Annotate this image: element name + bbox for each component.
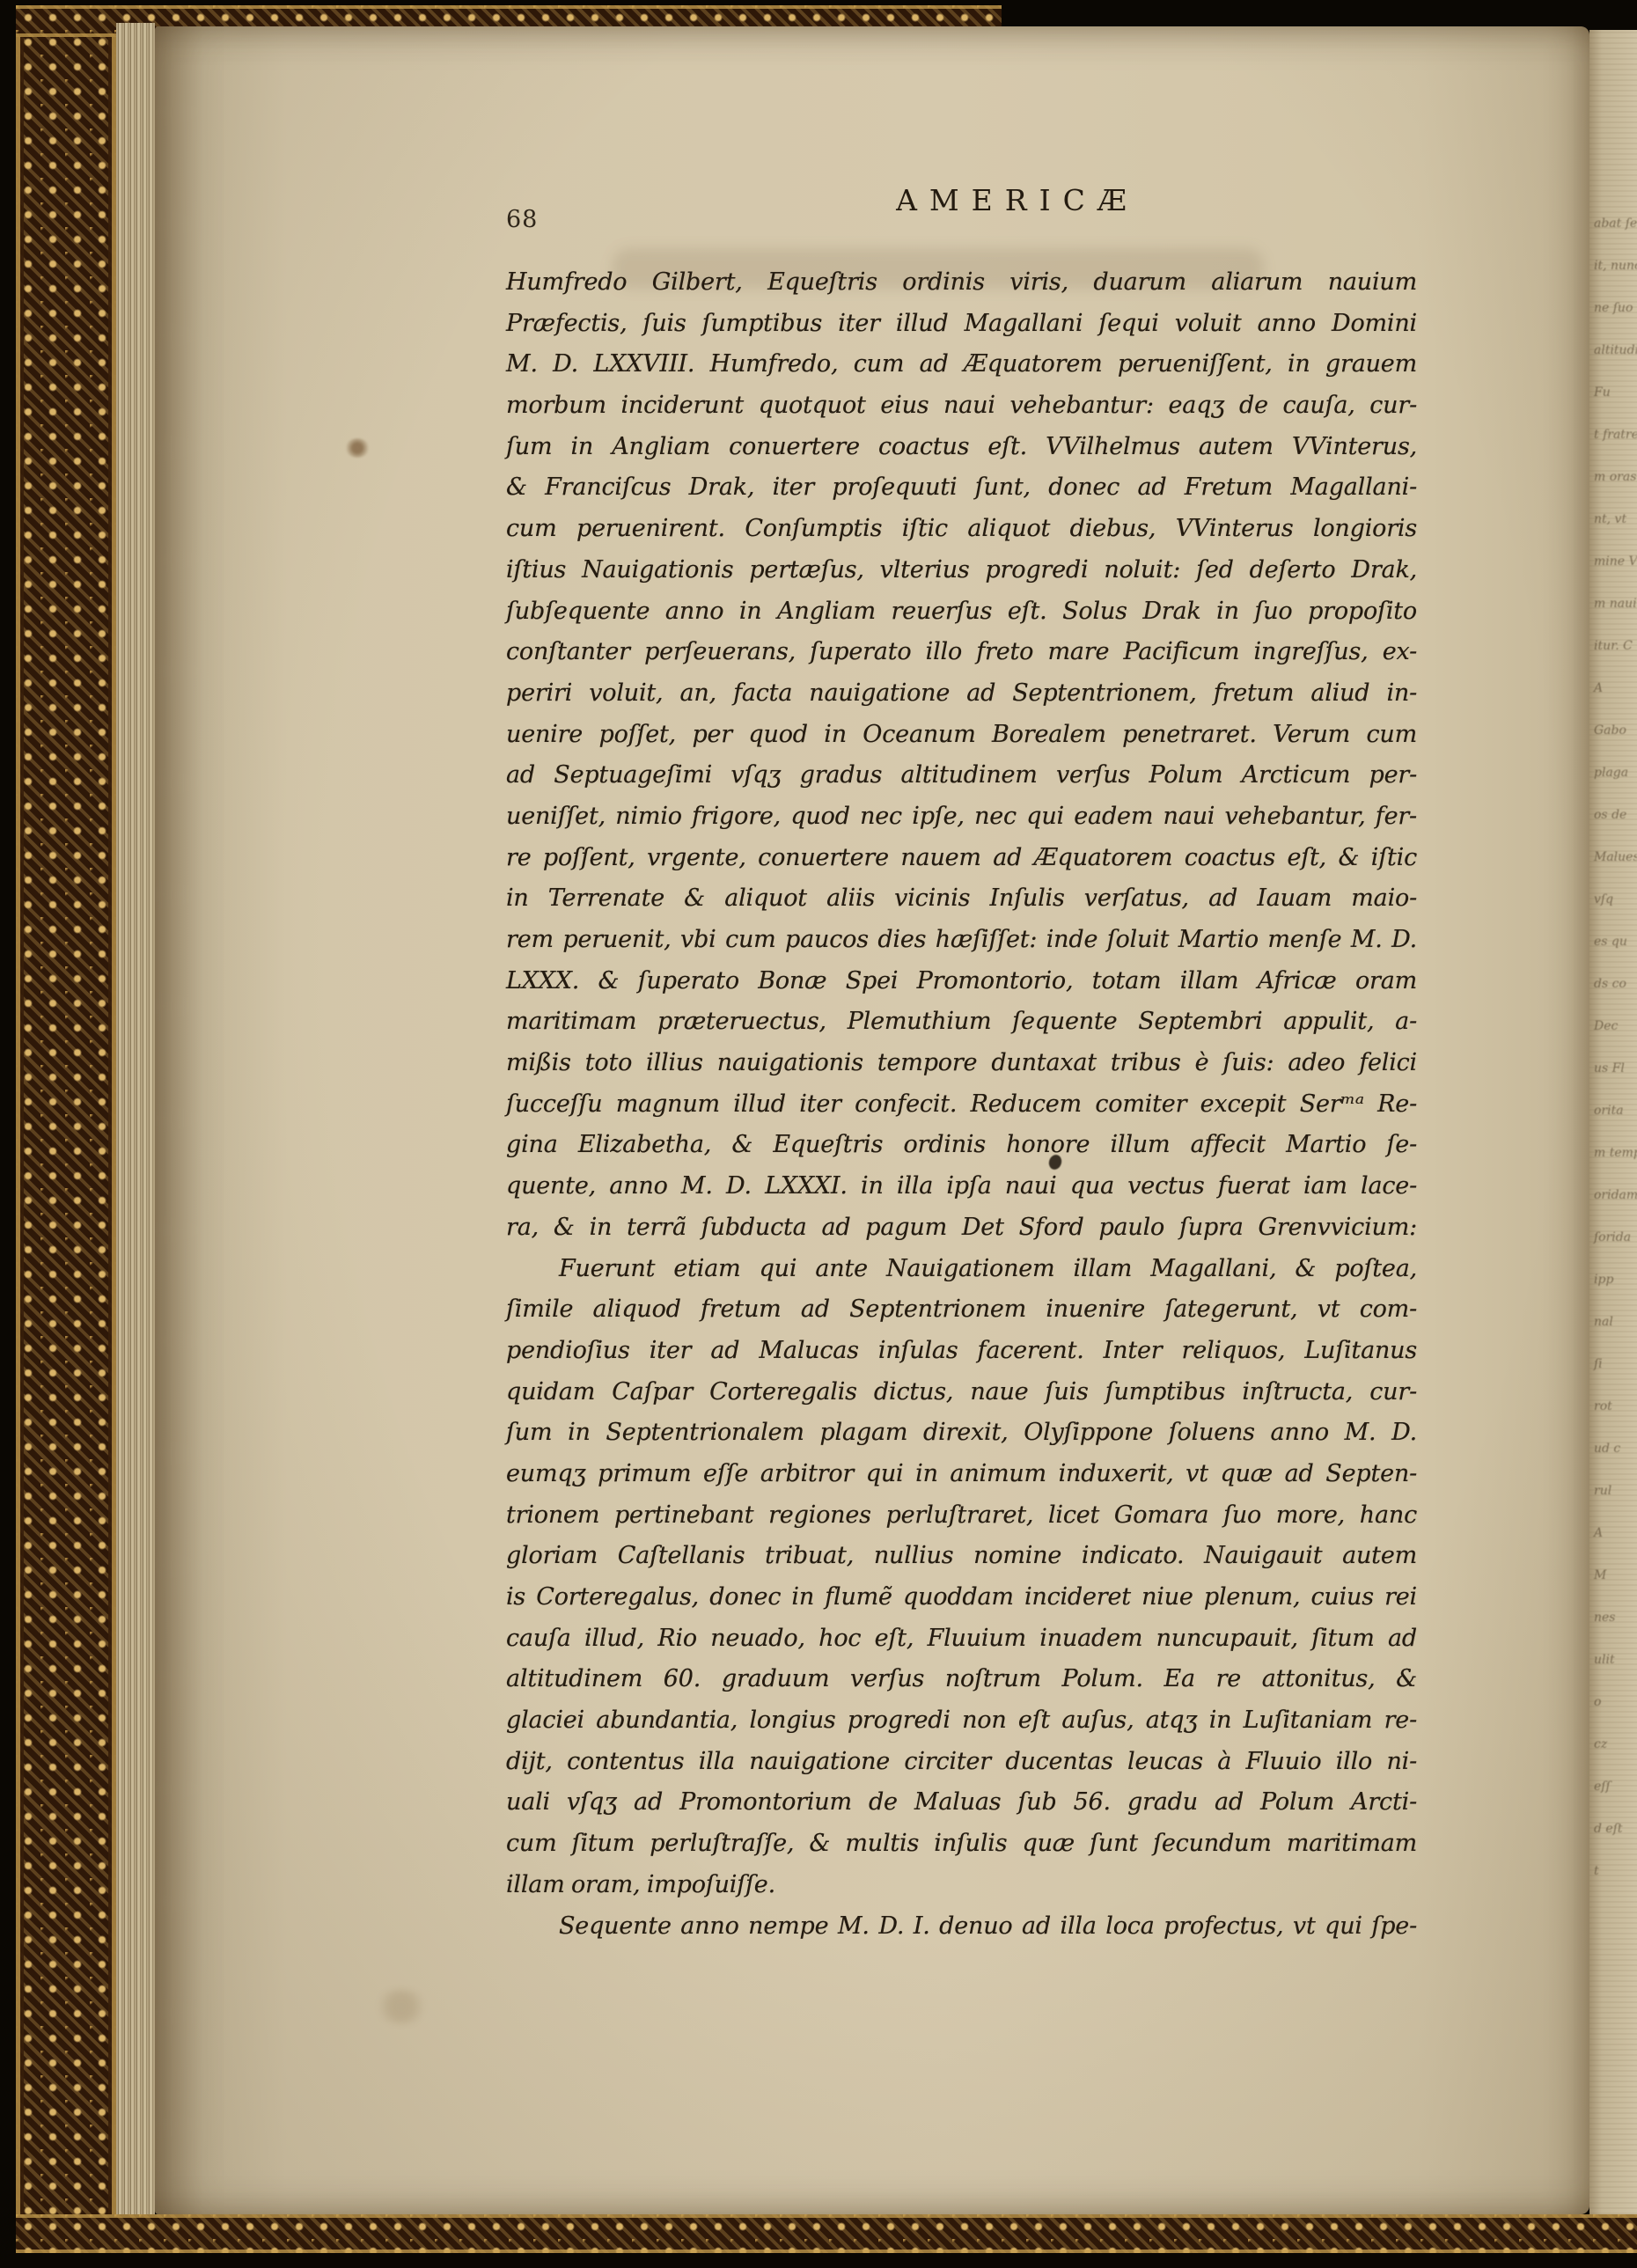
fore-edge-text-fragment: Dec xyxy=(1589,1005,1637,1047)
fore-edge-text-fragment: orita xyxy=(1589,1090,1637,1132)
text-line: cauſa illud, Rio neuado, hoc eſt, Fluuiu… xyxy=(506,1618,1417,1660)
fore-edge-text-fragment: rul xyxy=(1589,1470,1637,1512)
page-number: 68 xyxy=(506,206,538,233)
text-line-paragraph-start: Sequente anno nempe M. D. I. denuo ad il… xyxy=(506,1906,1417,1948)
fore-edge-text-fragment: eſſ xyxy=(1589,1765,1637,1808)
fore-edge-text-fragment: m naui xyxy=(1589,583,1637,625)
fore-edge-text-fragment: t xyxy=(1589,1850,1637,1892)
binding-border-left xyxy=(16,5,116,2253)
text-line: Præfectis, ſuis ſumptibus iter illud Mag… xyxy=(506,304,1417,345)
text-line: conſtanter perſeuerans, ſuperato illo fr… xyxy=(506,632,1417,673)
text-line: LXXX. & ſuperato Bonæ Spei Promontorio, … xyxy=(506,961,1417,1002)
text-line: ſubſequente anno in Angliam reuerſus eſt… xyxy=(506,591,1417,633)
text-line: re poſſent, vrgente, conuertere nauem ad… xyxy=(506,838,1417,879)
text-line: ſimile aliquod fretum ad Septentrionem i… xyxy=(506,1289,1417,1331)
fore-edge-text-fragment: abat ſe xyxy=(1589,202,1637,245)
page-stack-gutter xyxy=(116,23,155,2218)
body-text: Humfredo Gilbert, Equeſtris ordinis viri… xyxy=(506,262,1417,1947)
fore-edge-text-fragment: ſorida xyxy=(1589,1216,1637,1259)
text-line: mißis toto illius nauigationis tempore d… xyxy=(506,1043,1417,1084)
book-photo: 68 AMERICÆ Humfredo Gilbert, Equeſtris o… xyxy=(0,0,1637,2268)
text-line: ſum in Angliam conuertere coactus eſt. V… xyxy=(506,427,1417,468)
text-line: gina Elizabetha, & Equeſtris ordinis hon… xyxy=(506,1125,1417,1166)
fore-edge-text-fragment: ds co xyxy=(1589,963,1637,1005)
text-line: is Corteregalus, donec in flumẽ quoddam … xyxy=(506,1577,1417,1618)
text-line: periri voluit, an, facta nauigatione ad … xyxy=(506,673,1417,715)
text-line: ra, & in terrã ſubducta ad pagum Det Sfo… xyxy=(506,1207,1417,1249)
fore-edge-text-fragment: nal xyxy=(1589,1301,1637,1343)
fore-edge-text-fragment: it, nunc xyxy=(1589,245,1637,287)
text-line: dijt, contentus illa nauigatione circite… xyxy=(506,1742,1417,1783)
fore-edge-text-fragment: ipp xyxy=(1589,1259,1637,1301)
fore-edge-text-fragment: cz xyxy=(1589,1723,1637,1765)
fore-edge-text-fragment: m temp xyxy=(1589,1132,1637,1174)
fore-edge-text-fragment: o xyxy=(1589,1681,1637,1723)
running-head: AMERICÆ xyxy=(753,183,1281,217)
text-line-paragraph-start: Fuerunt etiam qui ante Nauigationem illa… xyxy=(506,1249,1417,1290)
fore-edge-text-fragment: vſq xyxy=(1589,878,1637,921)
paper-stain xyxy=(345,438,370,458)
text-line: glaciei abundantia, longius progredi non… xyxy=(506,1700,1417,1742)
fore-edge-text-fragment: plaga xyxy=(1589,752,1637,794)
fore-edge-text-fragment: ne ſuo xyxy=(1589,287,1637,329)
book-page: 68 AMERICÆ Humfredo Gilbert, Equeſtris o… xyxy=(155,26,1589,2214)
fore-edge-text-fragment: os de xyxy=(1589,794,1637,836)
text-line: M. D. LXXVIII. Humfredo, cum ad Æquatore… xyxy=(506,344,1417,385)
text-line: quidam Caſpar Corteregalis dictus, naue … xyxy=(506,1372,1417,1413)
fore-edge-text-fragment: nes xyxy=(1589,1596,1637,1639)
fore-edge-text-fragment: Gabo xyxy=(1589,709,1637,752)
binding-border-bottom xyxy=(16,2214,1637,2253)
text-line: quente, anno M. D. LXXXI. in illa ipſa n… xyxy=(506,1166,1417,1207)
fore-edge-text-fragment: ud c xyxy=(1589,1428,1637,1470)
fore-edge-text-fragment: itur. C xyxy=(1589,625,1637,667)
fore-edge-text-fragment: ſi xyxy=(1589,1343,1637,1385)
text-line: maritimam præteruectus, Plemuthium ſeque… xyxy=(506,1002,1417,1043)
fore-edge-text-fragment: Fu xyxy=(1589,371,1637,414)
fore-edge-text-fragment: mine V xyxy=(1589,540,1637,583)
text-line: gloriam Caſtellanis tribuat, nullius nom… xyxy=(506,1536,1417,1577)
text-line: morbum inciderunt quotquot eius naui veh… xyxy=(506,385,1417,427)
fore-edge-text-fragment: M xyxy=(1589,1554,1637,1596)
text-line: Humfredo Gilbert, Equeſtris ordinis viri… xyxy=(506,262,1417,304)
text-line: uali vſqʒ ad Promontorium de Maluas ſub … xyxy=(506,1782,1417,1824)
fore-edge-pages: abat ſe it, nunc ne ſuo altitudin Fu t f… xyxy=(1589,30,1637,2214)
text-line: ueniſſet, nimio frigore, quod nec ipſe, … xyxy=(506,796,1417,838)
text-line: cum ſitum perluſtraſſe, & multis inſulis… xyxy=(506,1824,1417,1865)
fore-edge-text-fragment: altitudin xyxy=(1589,329,1637,371)
text-line-paragraph-end: illam oram, impoſuiſſe. xyxy=(506,1865,1417,1906)
fore-edge-text-fragment: ulit xyxy=(1589,1639,1637,1681)
text-line: uenire poſſet, per quod in Oceanum Borea… xyxy=(506,715,1417,756)
text-line: ad Septuageſimi vſqʒ gradus altitudinem … xyxy=(506,755,1417,796)
fore-edge-text-fragment: Malues, l xyxy=(1589,836,1637,878)
text-line: iſtius Nauigationis pertæſus, vlterius p… xyxy=(506,550,1417,591)
fore-edge-text-fragment: es qu xyxy=(1589,921,1637,963)
text-line: in Terrenate & aliquot aliis vicinis Inſ… xyxy=(506,878,1417,920)
fore-edge-text-fragment: A xyxy=(1589,667,1637,709)
text-line: pendioſius iter ad Malucas inſulas facer… xyxy=(506,1331,1417,1372)
text-line: ſum in Septentrionalem plagam direxit, O… xyxy=(506,1413,1417,1454)
fore-edge-text-fragment: d eſt xyxy=(1589,1808,1637,1850)
text-line: rem peruenit, vbi cum paucos dies hæſiſſ… xyxy=(506,920,1417,961)
fore-edge-text-fragment: t fratre xyxy=(1589,414,1637,456)
fore-edge-text-fragment: nt, vt xyxy=(1589,498,1637,540)
fore-edge-text-fragment: us Fl xyxy=(1589,1047,1637,1090)
text-line: & Franciſcus Drak, iter proſequuti ſunt,… xyxy=(506,467,1417,509)
fore-edge-text-fragment: oridam xyxy=(1589,1174,1637,1216)
fore-edge-text-fragment: A xyxy=(1589,1512,1637,1554)
text-line: ſucceſſu magnum illud iter confecit. Red… xyxy=(506,1084,1417,1126)
text-line: altitudinem 60. graduum verſus noſtrum P… xyxy=(506,1659,1417,1700)
paper-stain xyxy=(375,1989,428,2024)
fore-edge-text-fragment: m oras xyxy=(1589,456,1637,498)
text-line: trionem pertinebant regiones perluſtrare… xyxy=(506,1495,1417,1537)
text-line: cum peruenirent. Conſumptis iſtic aliquo… xyxy=(506,509,1417,550)
text-line: eumqʒ primum eſſe arbitror qui in animum… xyxy=(506,1454,1417,1495)
fore-edge-text-fragment: rot xyxy=(1589,1385,1637,1428)
